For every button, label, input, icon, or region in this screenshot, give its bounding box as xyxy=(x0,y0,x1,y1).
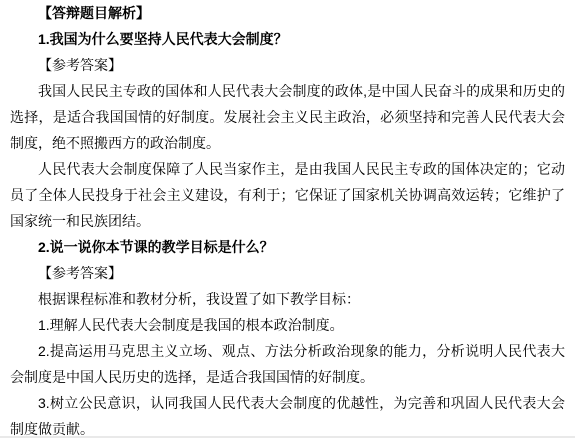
answer-1-paragraph-2: 人民代表大会制度保障了人民当家作主，是由我国人民民主专政的国体决定的；它动员了全… xyxy=(10,156,565,234)
answer-analysis-document: 【答辩题目解析】 1.我国为什么要坚持人民代表大会制度？ 【参考答案】 我国人民… xyxy=(0,0,575,438)
document-title: 【答辩题目解析】 xyxy=(10,0,565,26)
reference-answer-label-2: 【参考答案】 xyxy=(10,260,565,286)
objective-item-1: 1.理解人民代表大会制度是我国的根本政治制度。 xyxy=(10,312,565,338)
question-2: 2.说一说你本节课的教学目标是什么？ xyxy=(10,234,565,260)
objective-item-3: 3.树立公民意识，认同我国人民代表大会制度的优越性，为完善和巩固人民代表大会制度… xyxy=(10,390,565,438)
reference-answer-label-1: 【参考答案】 xyxy=(10,52,565,78)
question-1: 1.我国为什么要坚持人民代表大会制度？ xyxy=(10,26,565,52)
answer-1-paragraph-1: 我国人民民主专政的国体和人民代表大会制度的政体,是中国人民奋斗的成果和历史的选择… xyxy=(10,78,565,156)
objective-item-2: 2.提高运用马克思主义立场、观点、方法分析政治现象的能力，分析说明人民代表大会制… xyxy=(10,338,565,390)
answer-2-intro: 根据课程标准和教材分析，我设置了如下教学目标： xyxy=(10,286,565,312)
